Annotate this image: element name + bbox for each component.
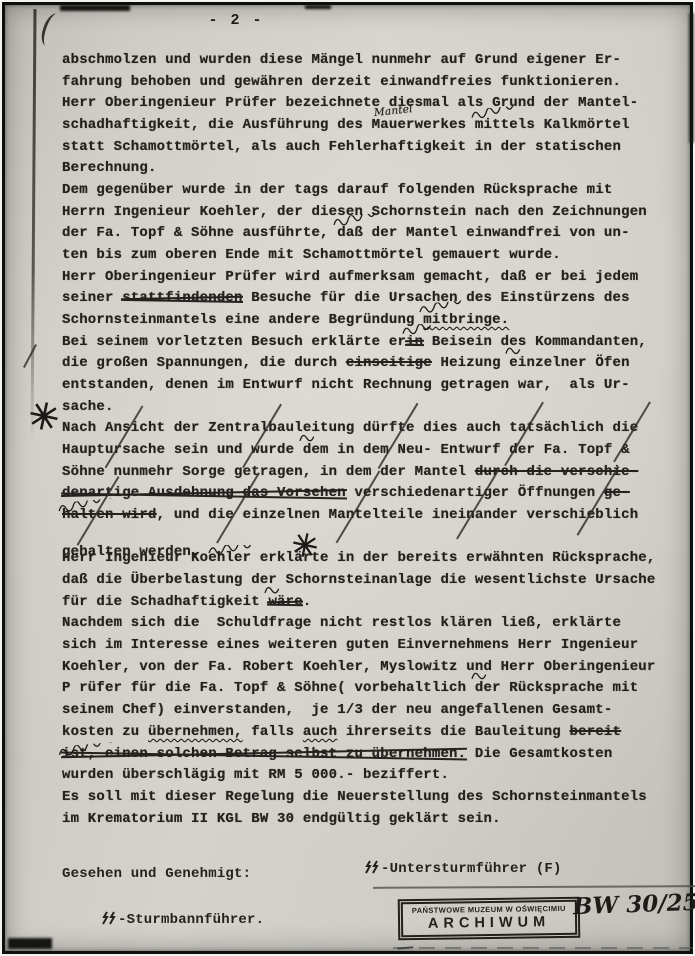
text-segment: Bei seinem vorletzten Besuch erklärte er — [62, 334, 406, 350]
text-segment: für die Schadhaftigkeit — [62, 594, 268, 610]
text-segment: der Fa. Topf & Söhne ausführte, — [62, 225, 337, 241]
text-segment: in dem Neu- Entwurf der Fa. Topf & — [329, 442, 630, 458]
text-segment: verschiedenartiger Öffnungen — [346, 485, 604, 501]
text-segment: Nachdem sich die Schuldfrage nicht restl… — [62, 615, 621, 631]
document-line: seiner stattfindenden Besuche für die Ur… — [62, 290, 672, 312]
document-line: Koehler, von der Fa. Robert Koehler, Mys… — [62, 659, 672, 681]
document-line: entstanden, denen im Entwurf nicht Rechn… — [62, 377, 672, 399]
text-segment: Mauerwerkes — [372, 117, 467, 133]
page: - 2 - abschmolzen und wurden diese Mänge… — [2, 2, 693, 954]
document-line: schadhaftigkeit, die Ausführung des Maue… — [62, 117, 672, 139]
document-line: seinem Chef) einverstanden, je 1/3 der n… — [62, 702, 672, 724]
text-segment: der Mantel einwandfrei von un- — [363, 225, 630, 241]
document-line: ten bis zum oberen Ende mit Schamottmört… — [62, 247, 672, 269]
annotated-text: ist, einen solchen Betrag selbst zu über… — [62, 746, 466, 762]
text-segment: Herr Oberingenieur Prüfer wird aufmerksa… — [62, 269, 638, 285]
text-segment: auch — [303, 724, 337, 740]
text-segment: sache. — [62, 399, 114, 415]
text-segment: seiner — [62, 290, 122, 306]
text-segment: stattfindenden — [122, 290, 242, 306]
text-segment: entstanden, denen im Entwurf nicht Rechn… — [62, 377, 630, 393]
document-line: sache. — [62, 399, 672, 421]
annotated-text: MauerwerkesMantel — [372, 117, 467, 133]
document-line: Herr Oberingenieur Prüfer wird aufmerksa… — [62, 269, 672, 291]
text-segment: ten bis zum oberen Ende mit Schamottmört… — [62, 247, 561, 263]
annotated-text: daß — [337, 225, 363, 241]
ss-runes-icon — [365, 860, 380, 879]
pencil-line — [393, 947, 693, 949]
text-segment: Herr Ingenieur Koehler erklärte in der b… — [62, 550, 656, 566]
text-segment: fahrung behoben und gewähren derzeit ein… — [62, 74, 621, 90]
text-segment: Dem gegenüber wurde in der tags darauf f… — [62, 182, 613, 198]
scan-smudge — [60, 5, 130, 11]
text-segment: bereit — [570, 724, 622, 740]
scan-smudge — [8, 938, 52, 949]
approval-label: Gesehen und Genehmigt: — [62, 866, 251, 882]
document-line: der Fa. Topf & Söhne ausführte, daß der … — [62, 225, 672, 247]
margin-tick-mark — [23, 344, 37, 368]
handwriting-scribble — [298, 431, 321, 450]
document-line: Nach Ansicht der Zentralbauleitung dürft… — [62, 420, 672, 442]
paper-fold-line — [30, 9, 36, 441]
text-segment: ihrerseits die Bauleitung — [337, 724, 569, 740]
ink-squiggle-mark — [38, 11, 65, 49]
document-line: wurden überschlägig mit RM 5 000.- bezif… — [62, 767, 672, 789]
text-segment: kosten zu — [62, 724, 148, 740]
text-segment: Beisein des Kommandanten, — [423, 334, 647, 350]
scan-smudge — [689, 13, 694, 143]
text-segment: Rücksprache mit — [501, 680, 639, 696]
document-line: Nachdem sich die Schuldfrage nicht restl… — [62, 615, 672, 637]
document-body: abschmolzen und wurden diese Mängel nunm… — [62, 52, 672, 832]
text-segment: Hauptursache sein und wurde — [62, 442, 303, 458]
page-number: - 2 - — [176, 12, 296, 29]
annotated-text: in — [406, 334, 423, 350]
handwriting-scribble — [470, 670, 491, 689]
stamp-archive-word: ARCHIWUM — [407, 914, 571, 932]
document-line: Herr Ingenieur Koehler erklärte in der b… — [62, 550, 672, 572]
text-segment: Öfen — [587, 355, 630, 371]
document-line: im Krematorium II KGL BW 30 endgültig ge… — [62, 811, 672, 833]
document-line: Hauptursache sein und wurde dem in dem N… — [62, 442, 672, 464]
annotated-text: wäre — [268, 594, 302, 610]
text-segment: einseitige — [346, 355, 432, 371]
archive-stamp: PAŃSTWOWE MUZEUM W OŚWIĘCIMIU ARCHIWUM — [398, 897, 581, 941]
text-segment: seinem Chef) einverstanden, je 1/3 der n… — [62, 702, 613, 718]
document-line: statt Schamottmörtel, als auch Fehlerhaf… — [62, 139, 672, 161]
document-line: sich im Interesse eines weiteren guten E… — [62, 637, 672, 659]
ss-runes-icon — [102, 911, 117, 930]
text-segment: ge- — [604, 485, 630, 501]
document-line: fahrung behoben und gewähren derzeit ein… — [62, 74, 672, 96]
rank-label: -Untersturmführer (F) — [381, 861, 562, 877]
rank-untersturmfuehrer: -Untersturmführer (F) — [365, 860, 562, 879]
text-segment: statt Schamottmörtel, als auch Fehlerhaf… — [62, 139, 621, 155]
handwriting-scribble — [401, 322, 442, 342]
document-line: Berechnung. — [62, 160, 672, 182]
text-segment: Söhne nunmehr Sorge getragen, in dem der… — [62, 464, 475, 480]
text-segment: daß die Überbelastung der Schornsteinanl… — [62, 572, 656, 588]
document-line: daß die Überbelastung der Schornsteinanl… — [62, 572, 672, 594]
annotated-text: einzelner — [509, 355, 586, 371]
annotated-text: halten wird — [62, 507, 157, 523]
scan-smudge — [305, 5, 331, 9]
annotated-text: der — [475, 680, 501, 696]
document-line: für die Schadhaftigkeit wäre. — [62, 594, 672, 616]
annotated-text: mittels — [475, 117, 535, 133]
document-scan: - 2 - abschmolzen und wurden diese Mänge… — [0, 0, 695, 956]
text-segment: die großen Spannungen, die durch — [62, 355, 346, 371]
text-segment: Es soll mit dieser Regelung die Neuerste… — [62, 789, 647, 805]
document-line: Es soll mit dieser Regelung die Neuerste… — [62, 789, 672, 811]
document-line: Bei seinem vorletzten Besuch erklärte er… — [62, 334, 672, 356]
document-line: Schornsteinmantels eine andere Begründun… — [62, 312, 672, 334]
text-segment: sich im Interesse eines weiteren guten E… — [62, 637, 638, 653]
document-line: Söhne nunmehr Sorge getragen, in dem der… — [62, 464, 672, 486]
archive-reference-handwritten: BW 30/25 — [573, 889, 695, 920]
text-segment: Herr Oberingenieur Prüfer bezeichnete di… — [62, 95, 638, 111]
text-segment: im Krematorium II KGL BW 30 endgültig ge… — [62, 811, 501, 827]
document-line: abschmolzen und wurden diese Mängel nunm… — [62, 52, 672, 74]
annotated-text: dem — [303, 442, 329, 458]
pencil-line — [373, 885, 695, 889]
text-segment: Heizung — [432, 355, 509, 371]
document-line: die großen Spannungen, die durch einseit… — [62, 355, 672, 377]
text-segment: abschmolzen und wurden diese Mängel nunm… — [62, 52, 621, 68]
text-segment: Kalkmörtel — [535, 117, 630, 133]
text-segment: . — [303, 594, 312, 610]
document-line: ist, einen solchen Betrag selbst zu über… — [62, 746, 672, 768]
document-line: Herr Oberingenieur Prüfer bezeichnete di… — [62, 95, 672, 117]
rank-label: -Sturmbannführer. — [118, 912, 264, 928]
handwriting-scribble — [264, 583, 289, 602]
text-segment: Schornsteinmantels eine andere Begründun… — [62, 312, 423, 328]
text-segment: Berechnung. — [62, 160, 157, 176]
text-segment: Koehler, von der Fa. Robert Koehler, Mys… — [62, 659, 656, 675]
rank-sturmbannfuehrer: -Sturmbannführer. — [102, 911, 264, 930]
text-segment: schadhaftigkeit, die Ausführung des — [62, 117, 372, 133]
text-segment: P rüfer für die Fa. Topf & Söhne( vorbeh… — [62, 680, 475, 696]
handwriting-scribble — [505, 345, 522, 363]
text-segment: Nach Ansicht der Zentralbauleitung dürft… — [62, 420, 638, 436]
document-line: Dem gegenüber wurde in der tags darauf f… — [62, 182, 672, 204]
text-segment: Die Gesamtkosten — [466, 746, 612, 762]
document-line: P rüfer für die Fa. Topf & Söhne( vorbeh… — [62, 680, 672, 702]
text-segment: wurden überschlägig mit RM 5 000.- bezif… — [62, 767, 449, 783]
